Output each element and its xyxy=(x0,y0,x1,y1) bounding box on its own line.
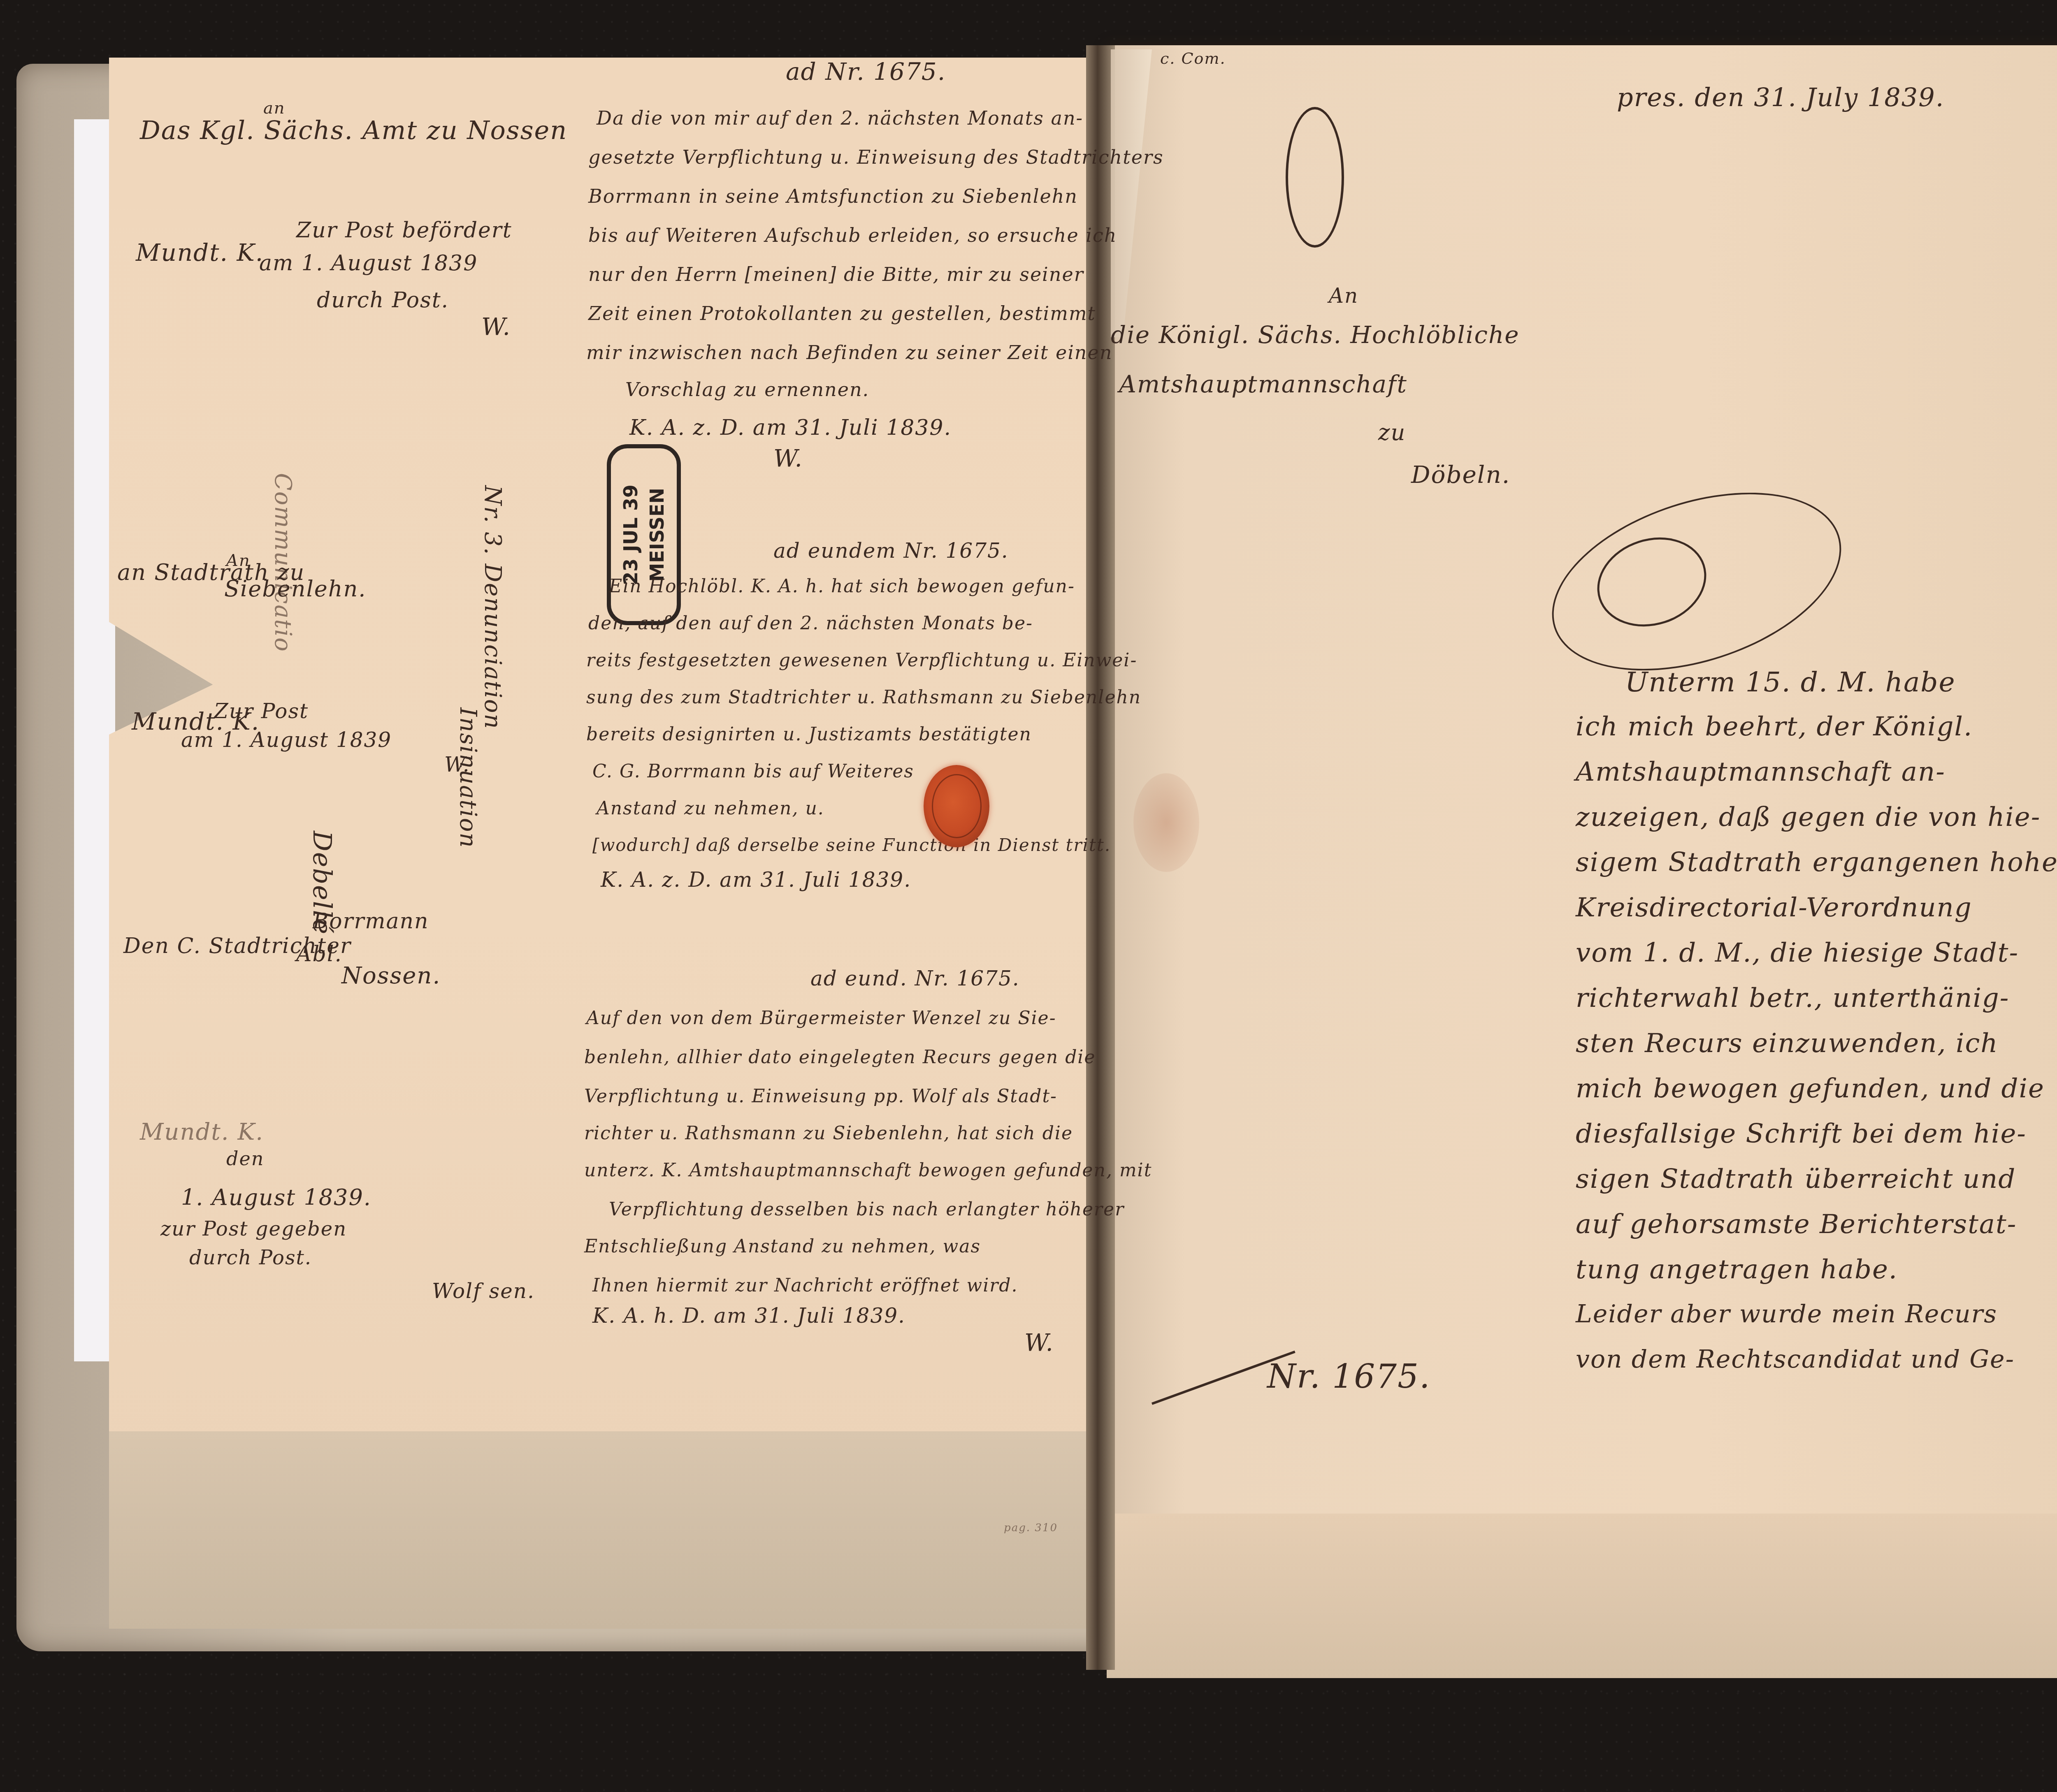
corner-note: c. Com. xyxy=(1160,49,1226,67)
letter-line: sten Recurs einzuwenden, ich xyxy=(1576,1028,1999,1059)
address-borrmann-line: Nossen. xyxy=(341,962,441,989)
marginal-note-2-line: am 1. August 1839 xyxy=(181,728,392,752)
letter-line: mich bewogen gefunden, und die xyxy=(1576,1073,2045,1104)
entry-1-line: Borrmann in seine Amtsfunction zu Sieben… xyxy=(588,185,1078,207)
vertical-note-denunciation: Nr. 3. Denunciation xyxy=(479,485,506,730)
entry-2-line: reits festgesetzten gewesenen Verpflicht… xyxy=(586,650,1137,671)
red-wax-seal xyxy=(924,765,989,847)
entry-3-line: Auf den von dem Bürgermeister Wenzel zu … xyxy=(586,1008,1056,1029)
header-address: Das Kgl. Sächs. Amt zu Nossen xyxy=(140,115,567,145)
marginal-note-3-line: den xyxy=(226,1148,264,1170)
entry-2-line: Anstand zu nehmen, u. xyxy=(597,798,824,819)
marginal-note-1-line: durch Post. xyxy=(317,288,449,313)
marginal-note-3-line: 1. August 1839. xyxy=(181,1185,371,1210)
seal-offset-stain xyxy=(1133,773,1199,872)
letter-line: Kreisdirectorial-Verordnung xyxy=(1576,893,1972,923)
letter-line: vom 1. d. M., die hiesige Stadt- xyxy=(1576,938,2019,968)
address-borrmann-line: Abl. xyxy=(296,942,342,967)
seal-emblem xyxy=(932,774,982,838)
marginal-note-1-line: am 1. August 1839 xyxy=(259,251,478,276)
entry-1-line: Da die von mir auf den 2. nächsten Monat… xyxy=(597,107,1083,129)
address-line: An xyxy=(1329,284,1358,308)
entry-2-line: [wodurch] daß derselbe seine Function in… xyxy=(592,835,1111,855)
vertical-note-insinuation: Insinuation xyxy=(455,707,481,848)
entry-2-line: bereits designirten u. Justizamts bestät… xyxy=(586,724,1032,745)
entry-2-closing: K. A. z. D. am 31. Juli 1839. xyxy=(601,868,911,892)
address-line: Amtshauptmannschaft xyxy=(1119,370,1407,398)
entry-3-line: Verpflichtung desselben bis nach erlangt… xyxy=(609,1199,1124,1220)
letter-line: richterwahl betr., unterthänig- xyxy=(1576,983,2009,1013)
marginal-note-3-line: zur Post gegeben xyxy=(160,1217,347,1240)
marginal-note-3-line: durch Post. xyxy=(189,1246,312,1269)
entry-1-line: Zeit einen Protokollanten zu gestellen, … xyxy=(588,302,1096,325)
entry-3-line: richter u. Rathsmann zu Siebenlehn, hat … xyxy=(584,1123,1073,1144)
entry-3-line: Entschließung Anstand zu nehmen, was xyxy=(584,1236,981,1257)
letter-line: Amtshauptmannschaft an- xyxy=(1576,757,1946,787)
letter-line: auf gehorsamste Berichterstat- xyxy=(1576,1209,2017,1240)
address-siebenlehn-an: An xyxy=(226,551,251,570)
entry-2-line: den, auf den auf den 2. nächsten Monats … xyxy=(588,613,1033,634)
entry-3-closing: K. A. h. D. am 31. Juli 1839. xyxy=(592,1304,905,1328)
marginal-note-3-signature: Wolf sen. xyxy=(432,1279,535,1303)
left-page-lower-leaves xyxy=(109,1431,1088,1629)
address-line: Döbeln. xyxy=(1411,461,1510,489)
entry-2-line: C. G. Borrmann bis auf Weiteres xyxy=(592,761,914,782)
marginal-ref-3: Mundt. K. xyxy=(140,1119,264,1145)
entry-1-initial: W. xyxy=(773,444,803,472)
marginal-note-1-initial: W. xyxy=(481,313,511,341)
entry-3-line: benlehn, allhier dato eingelegten Recurs… xyxy=(584,1047,1096,1068)
letter-line: tung angetragen habe. xyxy=(1576,1254,1898,1285)
entry-2-heading: ad eundem Nr. 1675. xyxy=(773,539,1009,563)
marginal-note-1-line: Zur Post befördert xyxy=(296,218,512,243)
entry-1-line: Vorschlag zu ernennen. xyxy=(625,378,869,401)
entry-2-line: Ein Hochlöbl. K. A. h. hat sich bewogen … xyxy=(609,576,1075,597)
address-borrmann-line: Borrmann xyxy=(313,909,429,934)
letter-line: diesfallsige Schrift bei dem hie- xyxy=(1576,1119,2027,1149)
entry-3-line: unterz. K. Amtshauptmannschaft bewogen g… xyxy=(584,1160,1152,1181)
letter-line: Unterm 15. d. M. habe xyxy=(1625,666,1956,698)
book-gutter xyxy=(1086,45,1115,1670)
letter-line: von dem Rechtscandidat und Ge- xyxy=(1576,1345,2015,1374)
entry-3-initial: W. xyxy=(1024,1328,1054,1356)
entry-1-heading: ad Nr. 1675. xyxy=(786,58,946,86)
address-line: zu xyxy=(1378,420,1406,445)
letter-line: zuzeigen, daß gegen die von hie- xyxy=(1576,802,2041,832)
entry-1-line: bis auf Weiteren Aufschub erleiden, so e… xyxy=(588,224,1117,246)
stamp-date: 23 JUL 39 xyxy=(620,485,642,585)
letter-line: sigem Stadtrath ergangenen hohe xyxy=(1576,847,2057,878)
address-siebenlehn: Siebenlehn. xyxy=(224,576,366,602)
entry-3-heading: ad eund. Nr. 1675. xyxy=(810,967,1020,990)
address-line: die Königl. Sächs. Hochlöbliche xyxy=(1111,321,1520,349)
entry-2-line: sung des zum Stadtrichter u. Rathsmann z… xyxy=(586,687,1141,708)
header-superscript: an xyxy=(263,99,286,118)
received-date: pres. den 31. July 1839. xyxy=(1617,82,1944,112)
letter-line: Leider aber wurde mein Recurs xyxy=(1576,1300,1997,1328)
pencil-page-note: pag. 310 xyxy=(1004,1522,1058,1534)
marginal-note-2-line: Zur Post xyxy=(214,699,309,723)
meissen-date-stamp: 23 JUL 39 MEISSEN xyxy=(607,444,681,625)
entry-1-line: nur den Herrn [meinen] die Bitte, mir zu… xyxy=(588,263,1084,285)
stamp-place: MEISSEN xyxy=(646,488,668,582)
entry-1-closing: K. A. z. D. am 31. Juli 1839. xyxy=(629,415,952,440)
entry-1-line: gesetzte Verpflichtung u. Einweisung des… xyxy=(588,146,1164,168)
entry-3-line: Verpflichtung u. Einweisung pp. Wolf als… xyxy=(584,1086,1057,1107)
entry-1-line: mir inzwischen nach Befinden zu seiner Z… xyxy=(586,341,1112,364)
letter-line: ich mich beehrt, der Königl. xyxy=(1576,712,1973,742)
letter-line: sigen Stadtrath überreicht und xyxy=(1576,1164,2016,1194)
right-page-lower-edge xyxy=(1107,1514,2057,1678)
entry-3-line: Ihnen hiermit zur Nachricht eröffnet wir… xyxy=(592,1275,1018,1296)
file-number: Nr. 1675. xyxy=(1267,1357,1430,1396)
marginal-ref-1: Mundt. K. xyxy=(136,239,264,267)
